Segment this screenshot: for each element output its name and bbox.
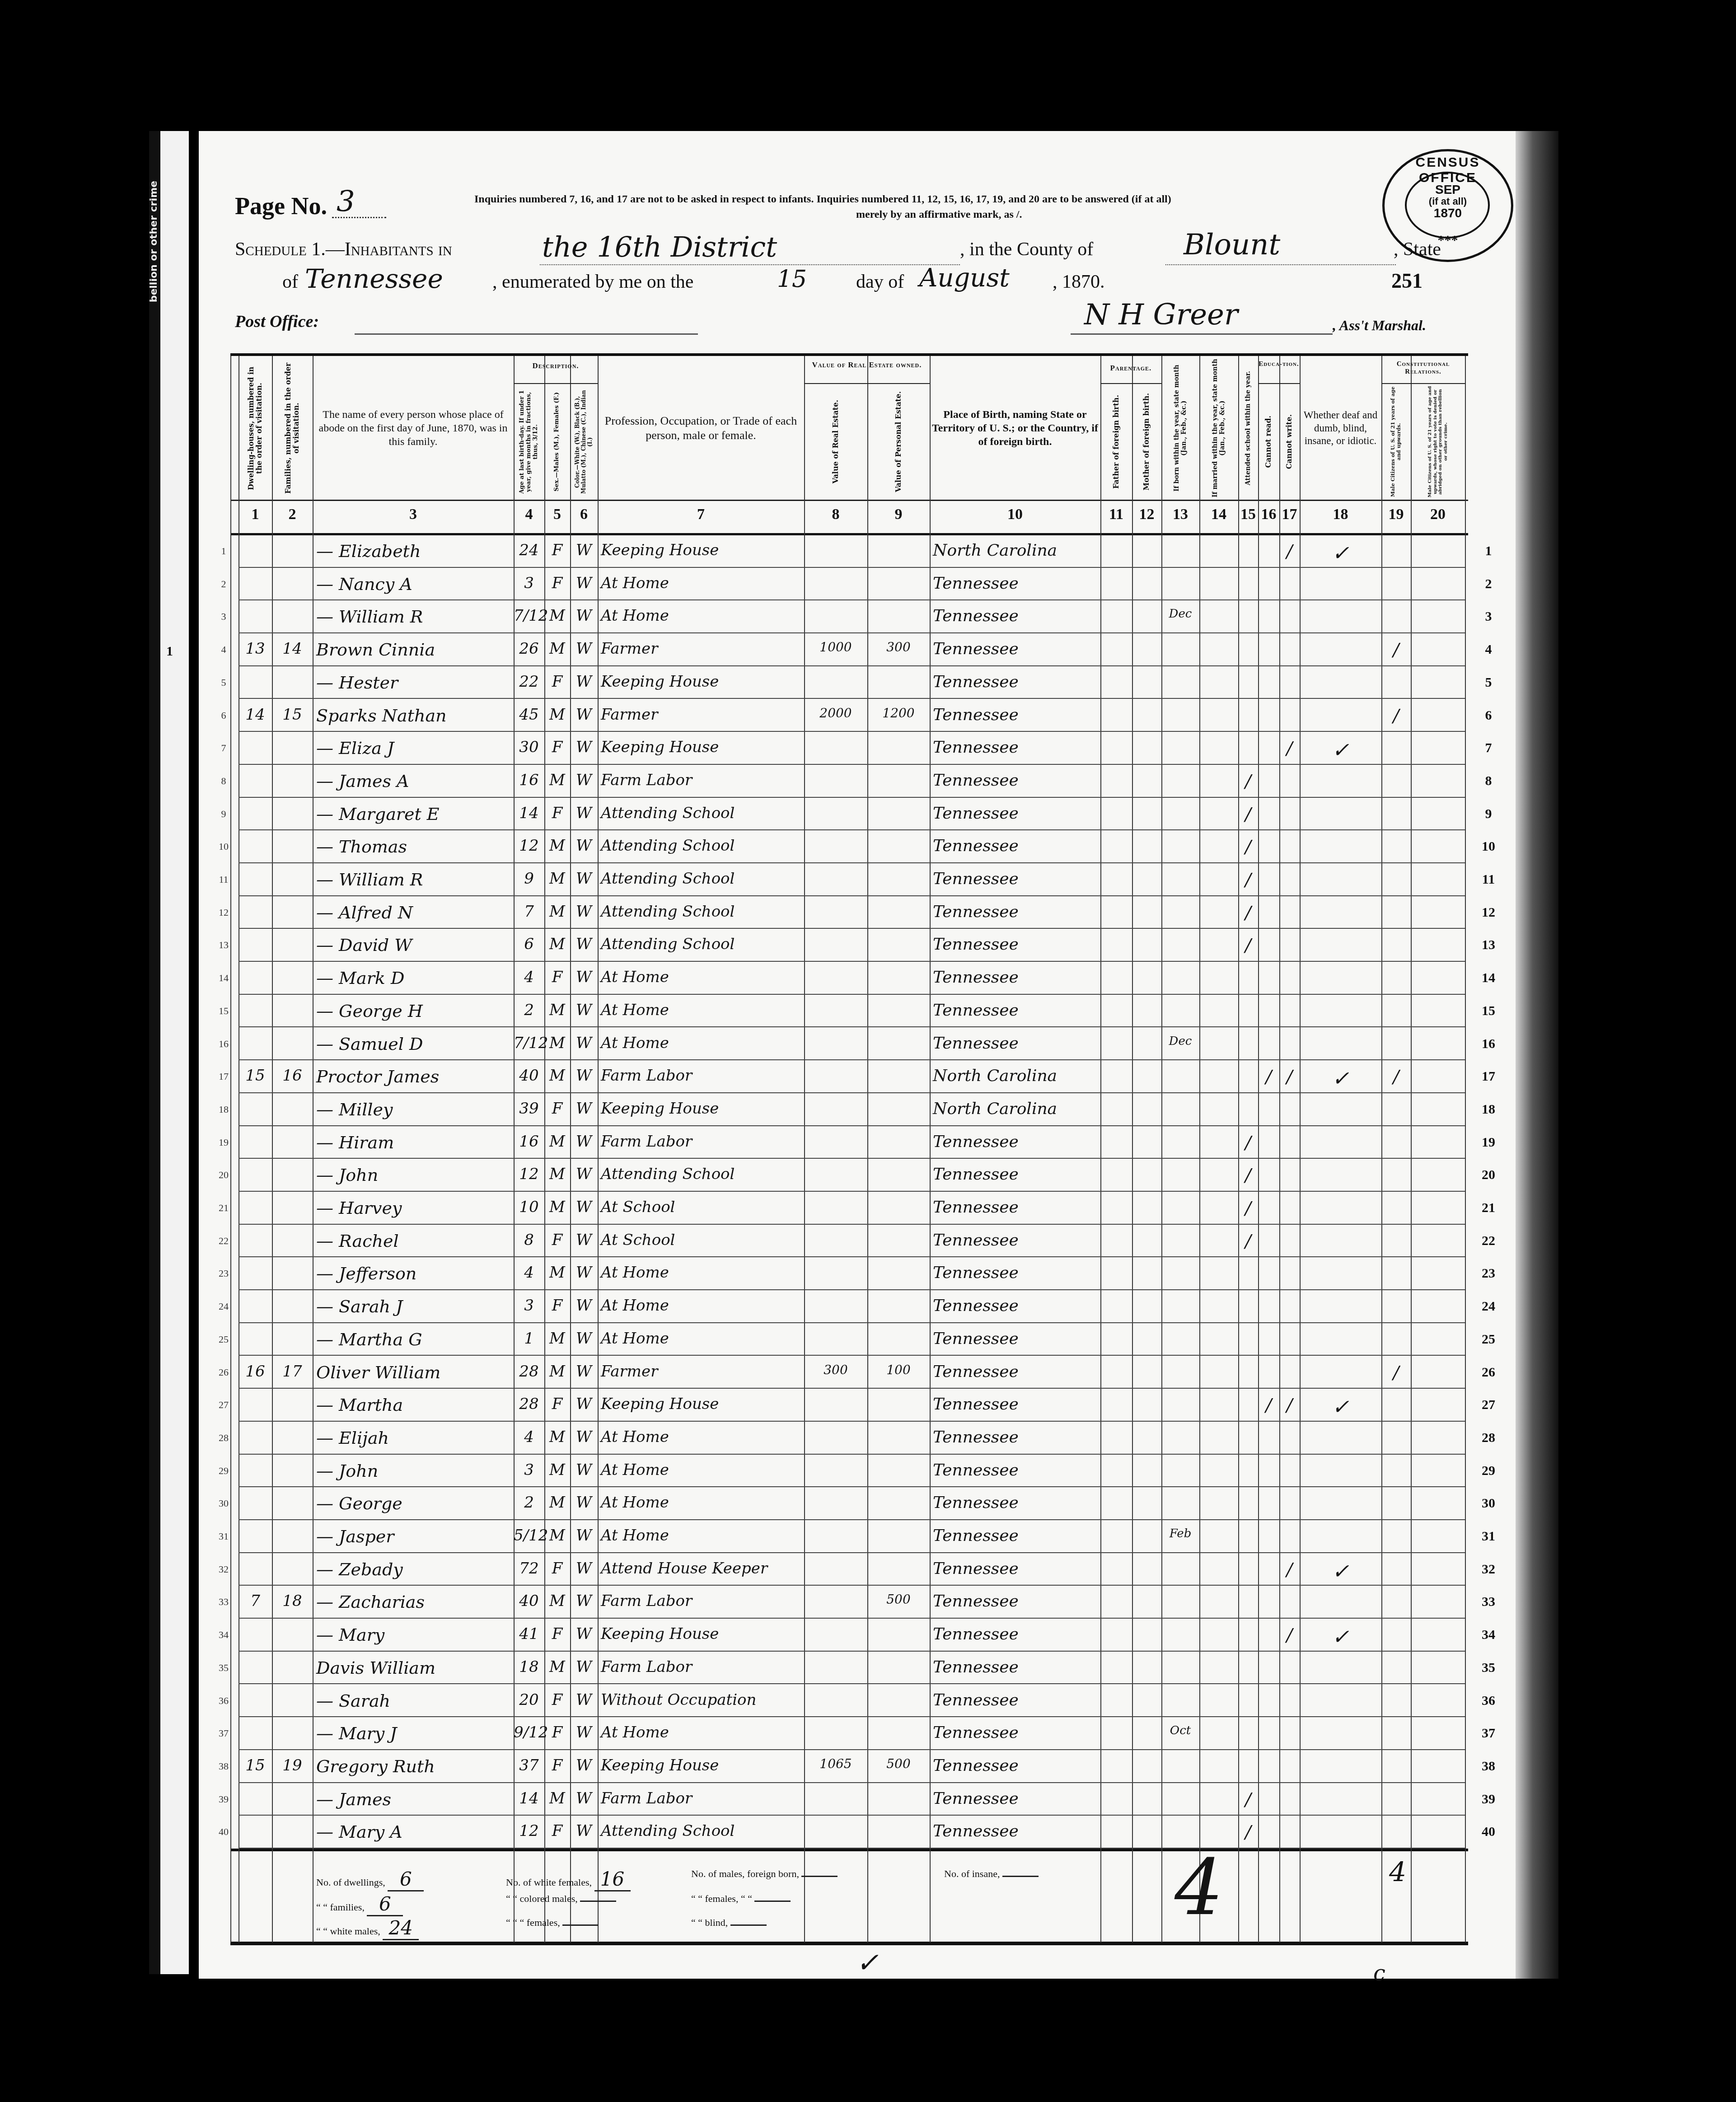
cell-age: 2	[514, 1495, 544, 1510]
cell-color: W	[570, 1659, 598, 1675]
row-number-right: 33	[1477, 1594, 1500, 1610]
table-row: 1818— Milley39FWKeeping HouseNorth Carol…	[0, 1094, 1736, 1127]
of-label: of	[282, 271, 298, 293]
cell-sex: F	[544, 1725, 570, 1740]
inquiries-note-line1: Inquiries numbered 7, 16, and 17 are not…	[474, 193, 1171, 206]
cell-c15: /	[1238, 904, 1258, 922]
row-rule	[239, 698, 1465, 699]
cell-sex: M	[544, 1331, 570, 1346]
row-number-left: 12	[217, 907, 230, 918]
cell-color: W	[570, 936, 598, 952]
col-header-married-within-year: If married within the year, state month …	[1199, 357, 1238, 500]
cell-family: 17	[272, 1364, 313, 1379]
row-rule	[239, 731, 1465, 732]
column-number: 4	[514, 506, 544, 523]
cell-name: — David W	[316, 936, 515, 954]
cell-occupation: At Home	[601, 1298, 804, 1313]
cell-occupation: At Home	[601, 1429, 804, 1445]
row-number-left: 22	[217, 1235, 230, 1247]
cell-occupation: At Home	[601, 1528, 804, 1543]
cell-sex: M	[544, 871, 570, 886]
day-of-label: day of	[856, 271, 904, 293]
cell-age: 22	[514, 674, 544, 689]
table-row: 1010— Thomas12MWAttending SchoolTennesse…	[0, 831, 1736, 864]
col-header-birthplace: Place of Birth, naming State or Territor…	[930, 357, 1100, 500]
cell-sex: M	[544, 936, 570, 952]
column-number: 10	[930, 506, 1100, 523]
row-number-right: 32	[1477, 1562, 1500, 1577]
cell-color: W	[570, 1364, 598, 1379]
row-number-left: 32	[217, 1564, 230, 1575]
cell-name: Sparks Nathan	[316, 707, 515, 724]
table-row: 1616— Samuel D7/12MWAt HomeTennesseeDec	[0, 1028, 1736, 1061]
cell-personal-estate: 500	[867, 1758, 930, 1770]
footer-insane: No. of insane,	[944, 1868, 1039, 1880]
cell-name: — Sarah	[316, 1692, 515, 1709]
row-rule	[239, 1355, 1465, 1356]
cell-age: 3	[514, 576, 544, 591]
footer-foreign-males: No. of males, foreign born,	[691, 1868, 838, 1880]
group-parentage: Parentage.	[1100, 364, 1161, 373]
row-number-left: 16	[217, 1038, 230, 1050]
row-number-right: 24	[1477, 1299, 1500, 1314]
column-number: 11	[1100, 506, 1132, 523]
cell-sex: M	[544, 1429, 570, 1445]
footer-colored-males: “ “ colored males,	[506, 1893, 616, 1905]
row-rule	[239, 1618, 1465, 1619]
cell-age: 9	[514, 871, 544, 886]
cell-name: — Elizabeth	[316, 543, 515, 560]
row-number-right: 17	[1477, 1069, 1500, 1084]
row-rule	[239, 1158, 1465, 1159]
column-number: 9	[867, 506, 930, 523]
column-number: 19	[1381, 506, 1411, 523]
corner-mark: c	[1373, 1961, 1385, 1986]
cell-c15: /	[1238, 936, 1258, 955]
row-rule	[239, 764, 1465, 765]
row-number-left: 9	[217, 808, 230, 820]
cell-birthplace: Tennessee	[933, 740, 1100, 756]
cell-occupation: At Home	[601, 1035, 804, 1051]
cell-color: W	[570, 1232, 598, 1248]
row-rule	[239, 895, 1465, 896]
county-underline	[1165, 264, 1396, 265]
row-rule	[239, 1519, 1465, 1520]
column-number: 20	[1411, 506, 1465, 523]
cell-birthplace: Tennessee	[933, 1232, 1100, 1249]
col-header-name: The name of every person whose place of …	[313, 357, 514, 500]
cell-name: — Zacharias	[316, 1593, 515, 1610]
row-number-left: 29	[217, 1465, 230, 1477]
white-males-count: 24	[383, 1917, 419, 1940]
column-number: 13	[1161, 506, 1199, 523]
col-header-real-estate: Value of Real Estate.	[804, 384, 867, 500]
cell-birthplace: Tennessee	[933, 1758, 1100, 1774]
cell-color: W	[570, 1298, 598, 1313]
cell-personal-estate: 100	[867, 1364, 930, 1376]
cell-c19: /	[1381, 707, 1411, 725]
col-header-age: Age at last birth-day. If under 1 year, …	[514, 384, 544, 500]
cell-color: W	[570, 1692, 598, 1708]
cell-name: — Martha G	[316, 1331, 515, 1348]
cell-birthplace: Tennessee	[933, 1725, 1100, 1741]
cell-birthplace: Tennessee	[933, 1035, 1100, 1052]
marshal-underline	[1071, 333, 1333, 335]
county-field: Blount	[1184, 228, 1280, 262]
cell-name: — Milley	[316, 1101, 515, 1118]
cell-birthplace: Tennessee	[933, 1626, 1100, 1643]
cell-occupation: Without Occupation	[601, 1692, 804, 1708]
cell-family: 19	[272, 1758, 313, 1773]
cell-age: 5/12	[514, 1528, 544, 1543]
cell-color: W	[570, 772, 598, 788]
cell-sex: M	[544, 838, 570, 853]
cell-color: W	[570, 1561, 598, 1576]
cell-occupation: Keeping House	[601, 740, 804, 755]
table-bottom-border	[230, 1942, 1468, 1945]
cell-color: W	[570, 1593, 598, 1609]
cell-occupation: Keeping House	[601, 543, 804, 558]
row-rule	[239, 599, 1465, 600]
cell-color: W	[570, 641, 598, 656]
row-number-right: 35	[1477, 1660, 1500, 1676]
cell-sex: M	[544, 1791, 570, 1806]
cell-name: Proctor James	[316, 1068, 515, 1085]
cell-age: 9/12	[514, 1725, 544, 1740]
column-number: 2	[272, 506, 313, 523]
row-rule	[239, 1782, 1465, 1783]
table-row: 3737— Mary J9/12FWAt HomeTennesseeOct	[0, 1718, 1736, 1751]
row-rule	[239, 1092, 1465, 1093]
cell-c15: /	[1238, 1232, 1258, 1250]
row-rule	[239, 1815, 1465, 1816]
group-value-estate: Value of Real Estate owned.	[804, 360, 930, 370]
row-number-right: 1	[1477, 543, 1500, 559]
cell-occupation: Attend House Keeper	[601, 1561, 804, 1576]
row-number-right: 20	[1477, 1167, 1500, 1183]
table-row: 17171516Proctor James40MWFarm LaborNorth…	[0, 1061, 1736, 1094]
district-field: the 16th District	[542, 230, 777, 263]
cell-age: 12	[514, 838, 544, 853]
cell-dwelling: 7	[239, 1593, 272, 1609]
cell-color: W	[570, 1396, 598, 1412]
insane-count	[1002, 1876, 1039, 1877]
row-number-left: 37	[217, 1727, 230, 1739]
cell-color: W	[570, 1528, 598, 1543]
cell-color: W	[570, 1134, 598, 1149]
cell-color: W	[570, 740, 598, 755]
cell-c13: Dec	[1161, 1035, 1199, 1047]
cell-sex: F	[544, 969, 570, 985]
cell-c15: /	[1238, 871, 1258, 889]
col-header-mother-foreign: Mother of foreign birth.	[1132, 384, 1161, 500]
row-number-right: 15	[1477, 1003, 1500, 1019]
row-rule	[239, 994, 1465, 995]
cell-color: W	[570, 1166, 598, 1182]
table-row: 3131— Jasper5/12MWAt HomeTennesseeFeb	[0, 1521, 1736, 1554]
row-number-left: 34	[217, 1629, 230, 1641]
cell-c15: /	[1238, 805, 1258, 824]
cell-dwelling: 13	[239, 641, 272, 656]
page-number-underline	[332, 217, 386, 218]
cell-real-estate: 300	[804, 1364, 867, 1376]
footer-colored-females: “ “ “ females,	[506, 1917, 599, 1929]
state-field: Tennessee	[305, 263, 443, 294]
cell-c17: /	[1279, 1626, 1300, 1644]
row-number-left: 39	[217, 1793, 230, 1805]
cell-birthplace: Tennessee	[933, 1396, 1100, 1413]
cell-c15: /	[1238, 772, 1258, 791]
row-number-left: 14	[217, 972, 230, 984]
cell-name: — Alfred N	[316, 904, 515, 921]
table-row: 22— Nancy A3FWAt HomeTennessee	[0, 568, 1736, 601]
col-header-color: Color.—White (W.), Black (B.), Mulatto (…	[570, 384, 598, 500]
table-row: 33— William R7/12MWAt HomeTennesseeDec	[0, 601, 1736, 634]
cell-c13: Oct	[1161, 1725, 1199, 1737]
cell-dwelling: 16	[239, 1364, 272, 1379]
cell-color: W	[570, 1823, 598, 1839]
table-row: 2727— Martha28FWKeeping HouseTennessee//…	[0, 1389, 1736, 1422]
footer-white-females: No. of white females, 16	[506, 1868, 631, 1891]
cell-c18: ✓	[1300, 1626, 1381, 1647]
marshal-signature: N H Greer	[1084, 298, 1238, 332]
cell-occupation: Attending School	[601, 838, 804, 853]
group-education: Educa-tion.	[1258, 360, 1300, 368]
cell-birthplace: Tennessee	[933, 1002, 1100, 1019]
cell-c15: /	[1238, 1199, 1258, 1217]
row-rule	[239, 1749, 1465, 1750]
cell-color: W	[570, 1002, 598, 1018]
cell-name: — George	[316, 1495, 515, 1512]
row-number-right: 37	[1477, 1726, 1500, 1741]
row-rule	[239, 928, 1465, 929]
col-header-attended-school: Attended school within the year.	[1238, 357, 1258, 500]
cell-c17: /	[1279, 1068, 1300, 1086]
row-number-left: 21	[217, 1202, 230, 1214]
cell-birthplace: Tennessee	[933, 1659, 1100, 1676]
cell-sex: M	[544, 1659, 570, 1675]
cell-occupation: At School	[601, 1232, 804, 1248]
row-number-left: 4	[217, 644, 230, 655]
col-header-personal-estate: Value of Personal Estate.	[867, 384, 930, 500]
cell-occupation: Attending School	[601, 1823, 804, 1839]
cell-occupation: Farm Labor	[601, 1659, 804, 1675]
cell-sex: F	[544, 1396, 570, 1412]
cell-occupation: Farm Labor	[601, 1593, 804, 1609]
cell-name: — William R	[316, 608, 515, 625]
cell-birthplace: Tennessee	[933, 1429, 1100, 1446]
cell-color: W	[570, 1035, 598, 1051]
row-number-right: 18	[1477, 1102, 1500, 1117]
cell-birthplace: Tennessee	[933, 1199, 1100, 1216]
row-rule	[239, 1716, 1465, 1717]
group-constitutional: Constitutional Relations.	[1381, 360, 1465, 376]
row-rule	[239, 632, 1465, 633]
row-rule	[239, 567, 1465, 568]
row-rule	[239, 862, 1465, 863]
row-number-right: 29	[1477, 1463, 1500, 1479]
row-number-right: 23	[1477, 1266, 1500, 1281]
cell-sex: F	[544, 1561, 570, 1576]
cell-name: — Eliza J	[316, 740, 515, 757]
sheet-number: 251	[1391, 269, 1422, 293]
cell-color: W	[570, 674, 598, 689]
cell-name: — James	[316, 1791, 515, 1808]
marshal-label: , Ass't Marshal.	[1333, 317, 1426, 334]
cell-occupation: Keeping House	[601, 1758, 804, 1773]
stamp-year: 1870	[1405, 206, 1491, 220]
cell-occupation: At Home	[601, 1725, 804, 1740]
col-header-dwelling: Dwelling-houses, numbered in the order o…	[239, 357, 272, 500]
cell-name: — Harvey	[316, 1199, 515, 1217]
cell-occupation: Attending School	[601, 936, 804, 952]
cell-occupation: Farm Labor	[601, 772, 804, 788]
cell-sex: M	[544, 1134, 570, 1149]
prior-page-text: bellion or other crime	[148, 181, 159, 302]
row-number-left: 2	[217, 578, 230, 590]
cell-age: 40	[514, 1593, 544, 1609]
row-rule	[239, 1125, 1465, 1126]
cell-c17: /	[1279, 543, 1300, 561]
cell-sex: M	[544, 904, 570, 919]
tally-mark-large: 4	[1174, 1843, 1223, 1933]
cell-occupation: Farm Labor	[601, 1068, 804, 1083]
cell-age: 2	[514, 1002, 544, 1018]
cell-name: — Thomas	[316, 838, 515, 855]
cell-occupation: Farmer	[601, 1364, 804, 1379]
cell-name: — Jasper	[316, 1528, 515, 1545]
cell-name: — John	[316, 1462, 515, 1479]
cell-dwelling: 15	[239, 1068, 272, 1083]
row-rule	[239, 1486, 1465, 1487]
cell-name: — Samuel D	[316, 1035, 515, 1053]
stamp-month: SEP	[1405, 183, 1491, 196]
cell-color: W	[570, 805, 598, 821]
cell-birthplace: Tennessee	[933, 1134, 1100, 1150]
cell-sex: F	[544, 1823, 570, 1839]
row-rule	[239, 961, 1465, 962]
cell-sex: F	[544, 1626, 570, 1642]
cell-age: 37	[514, 1758, 544, 1773]
cell-color: W	[570, 904, 598, 919]
dwellings-count: 6	[388, 1868, 424, 1891]
cell-occupation: Attending School	[601, 904, 804, 919]
cell-occupation: Keeping House	[601, 674, 804, 689]
col-header-father-foreign: Father of foreign birth.	[1100, 384, 1132, 500]
cell-sex: F	[544, 1101, 570, 1116]
cell-sex: M	[544, 1462, 570, 1478]
row-number-left: 17	[217, 1071, 230, 1082]
column-number: 3	[313, 506, 514, 523]
cell-c13: Feb	[1161, 1528, 1199, 1540]
cell-dwelling: 15	[239, 1758, 272, 1773]
cell-sex: F	[544, 740, 570, 755]
column-number: 8	[804, 506, 867, 523]
column-number: 12	[1132, 506, 1161, 523]
cell-color: W	[570, 1101, 598, 1116]
row-number-right: 16	[1477, 1036, 1500, 1052]
footer-families: “ “ families, 6	[316, 1893, 403, 1916]
row-number-left: 19	[217, 1137, 230, 1148]
blind-count	[730, 1924, 767, 1926]
cell-age: 6	[514, 936, 544, 952]
cell-sex: M	[544, 1002, 570, 1018]
cell-color: W	[570, 1265, 598, 1280]
cell-occupation: At School	[601, 1199, 804, 1215]
cell-family: 15	[272, 707, 313, 722]
cell-birthplace: Tennessee	[933, 805, 1100, 822]
row-number-right: 19	[1477, 1135, 1500, 1150]
cell-birthplace: Tennessee	[933, 1462, 1100, 1479]
footer-dwellings: No. of dwellings, 6	[316, 1868, 424, 1891]
column-number: 5	[544, 506, 570, 523]
cell-color: W	[570, 1495, 598, 1510]
tally-col19: 4	[1389, 1857, 1406, 1888]
row-rule	[239, 1552, 1465, 1553]
row-rule	[239, 1224, 1465, 1225]
cell-c19: /	[1381, 1068, 1411, 1086]
col-header-cannot-read: Cannot read.	[1258, 384, 1279, 500]
cell-age: 14	[514, 805, 544, 821]
enumerated-label: , enumerated by me on the	[492, 271, 694, 293]
post-office-underline	[355, 333, 698, 335]
post-office-label: Post Office:	[235, 312, 319, 332]
cell-c15: /	[1238, 1134, 1258, 1152]
stamp-date: SEP (if at all) 1870	[1405, 183, 1491, 220]
cell-name: — Mark D	[316, 969, 515, 987]
cell-sex: F	[544, 576, 570, 591]
cell-birthplace: Tennessee	[933, 1265, 1100, 1281]
cell-age: 16	[514, 1134, 544, 1149]
row-number-right: 10	[1477, 839, 1500, 854]
cell-personal-estate: 300	[867, 641, 930, 654]
table-row: 2929— John3MWAt HomeTennessee	[0, 1455, 1736, 1488]
cell-name: — Margaret E	[316, 805, 515, 823]
row-number-right: 9	[1477, 806, 1500, 822]
row-number-right: 34	[1477, 1627, 1500, 1643]
cell-age: 4	[514, 1265, 544, 1280]
col-header-born-within-year: If born within the year, state month (Ja…	[1161, 357, 1199, 500]
cell-birthplace: Tennessee	[933, 1561, 1100, 1577]
foreign-females-count	[754, 1901, 791, 1902]
cell-age: 8	[514, 1232, 544, 1248]
cell-occupation: Attending School	[601, 871, 804, 886]
table-row: 1212— Alfred N7MWAttending SchoolTenness…	[0, 897, 1736, 930]
table-row: 2424— Sarah J3FWAt HomeTennessee	[0, 1291, 1736, 1324]
cell-occupation: At Home	[601, 1002, 804, 1018]
row-rule	[239, 1454, 1465, 1455]
table-row: 1919— Hiram16MWFarm LaborTennessee/	[0, 1127, 1736, 1160]
cell-birthplace: Tennessee	[933, 838, 1100, 854]
cell-color: W	[570, 1725, 598, 1740]
table-top-border	[230, 353, 1468, 356]
cell-occupation: At Home	[601, 969, 804, 985]
cell-c16: /	[1258, 1068, 1279, 1086]
row-number-right: 4	[1477, 642, 1500, 657]
table-row: 1515— George H2MWAt HomeTennessee	[0, 995, 1736, 1028]
table-row: 3939— James14MWFarm LaborTennessee/	[0, 1784, 1736, 1816]
cell-c19: /	[1381, 1364, 1411, 1382]
cell-age: 3	[514, 1298, 544, 1313]
cell-c18: ✓	[1300, 740, 1381, 760]
cell-name: — Hiram	[316, 1134, 515, 1151]
cell-age: 72	[514, 1561, 544, 1576]
cell-family: 14	[272, 641, 313, 656]
row-number-right: 36	[1477, 1693, 1500, 1709]
table-row: 3333718— Zacharias40MWFarm Labor500Tenne…	[0, 1586, 1736, 1619]
cell-age: 7/12	[514, 608, 544, 623]
col-header-male-citizens: Male Citizens of U. S. of 21 years of ag…	[1381, 384, 1411, 500]
